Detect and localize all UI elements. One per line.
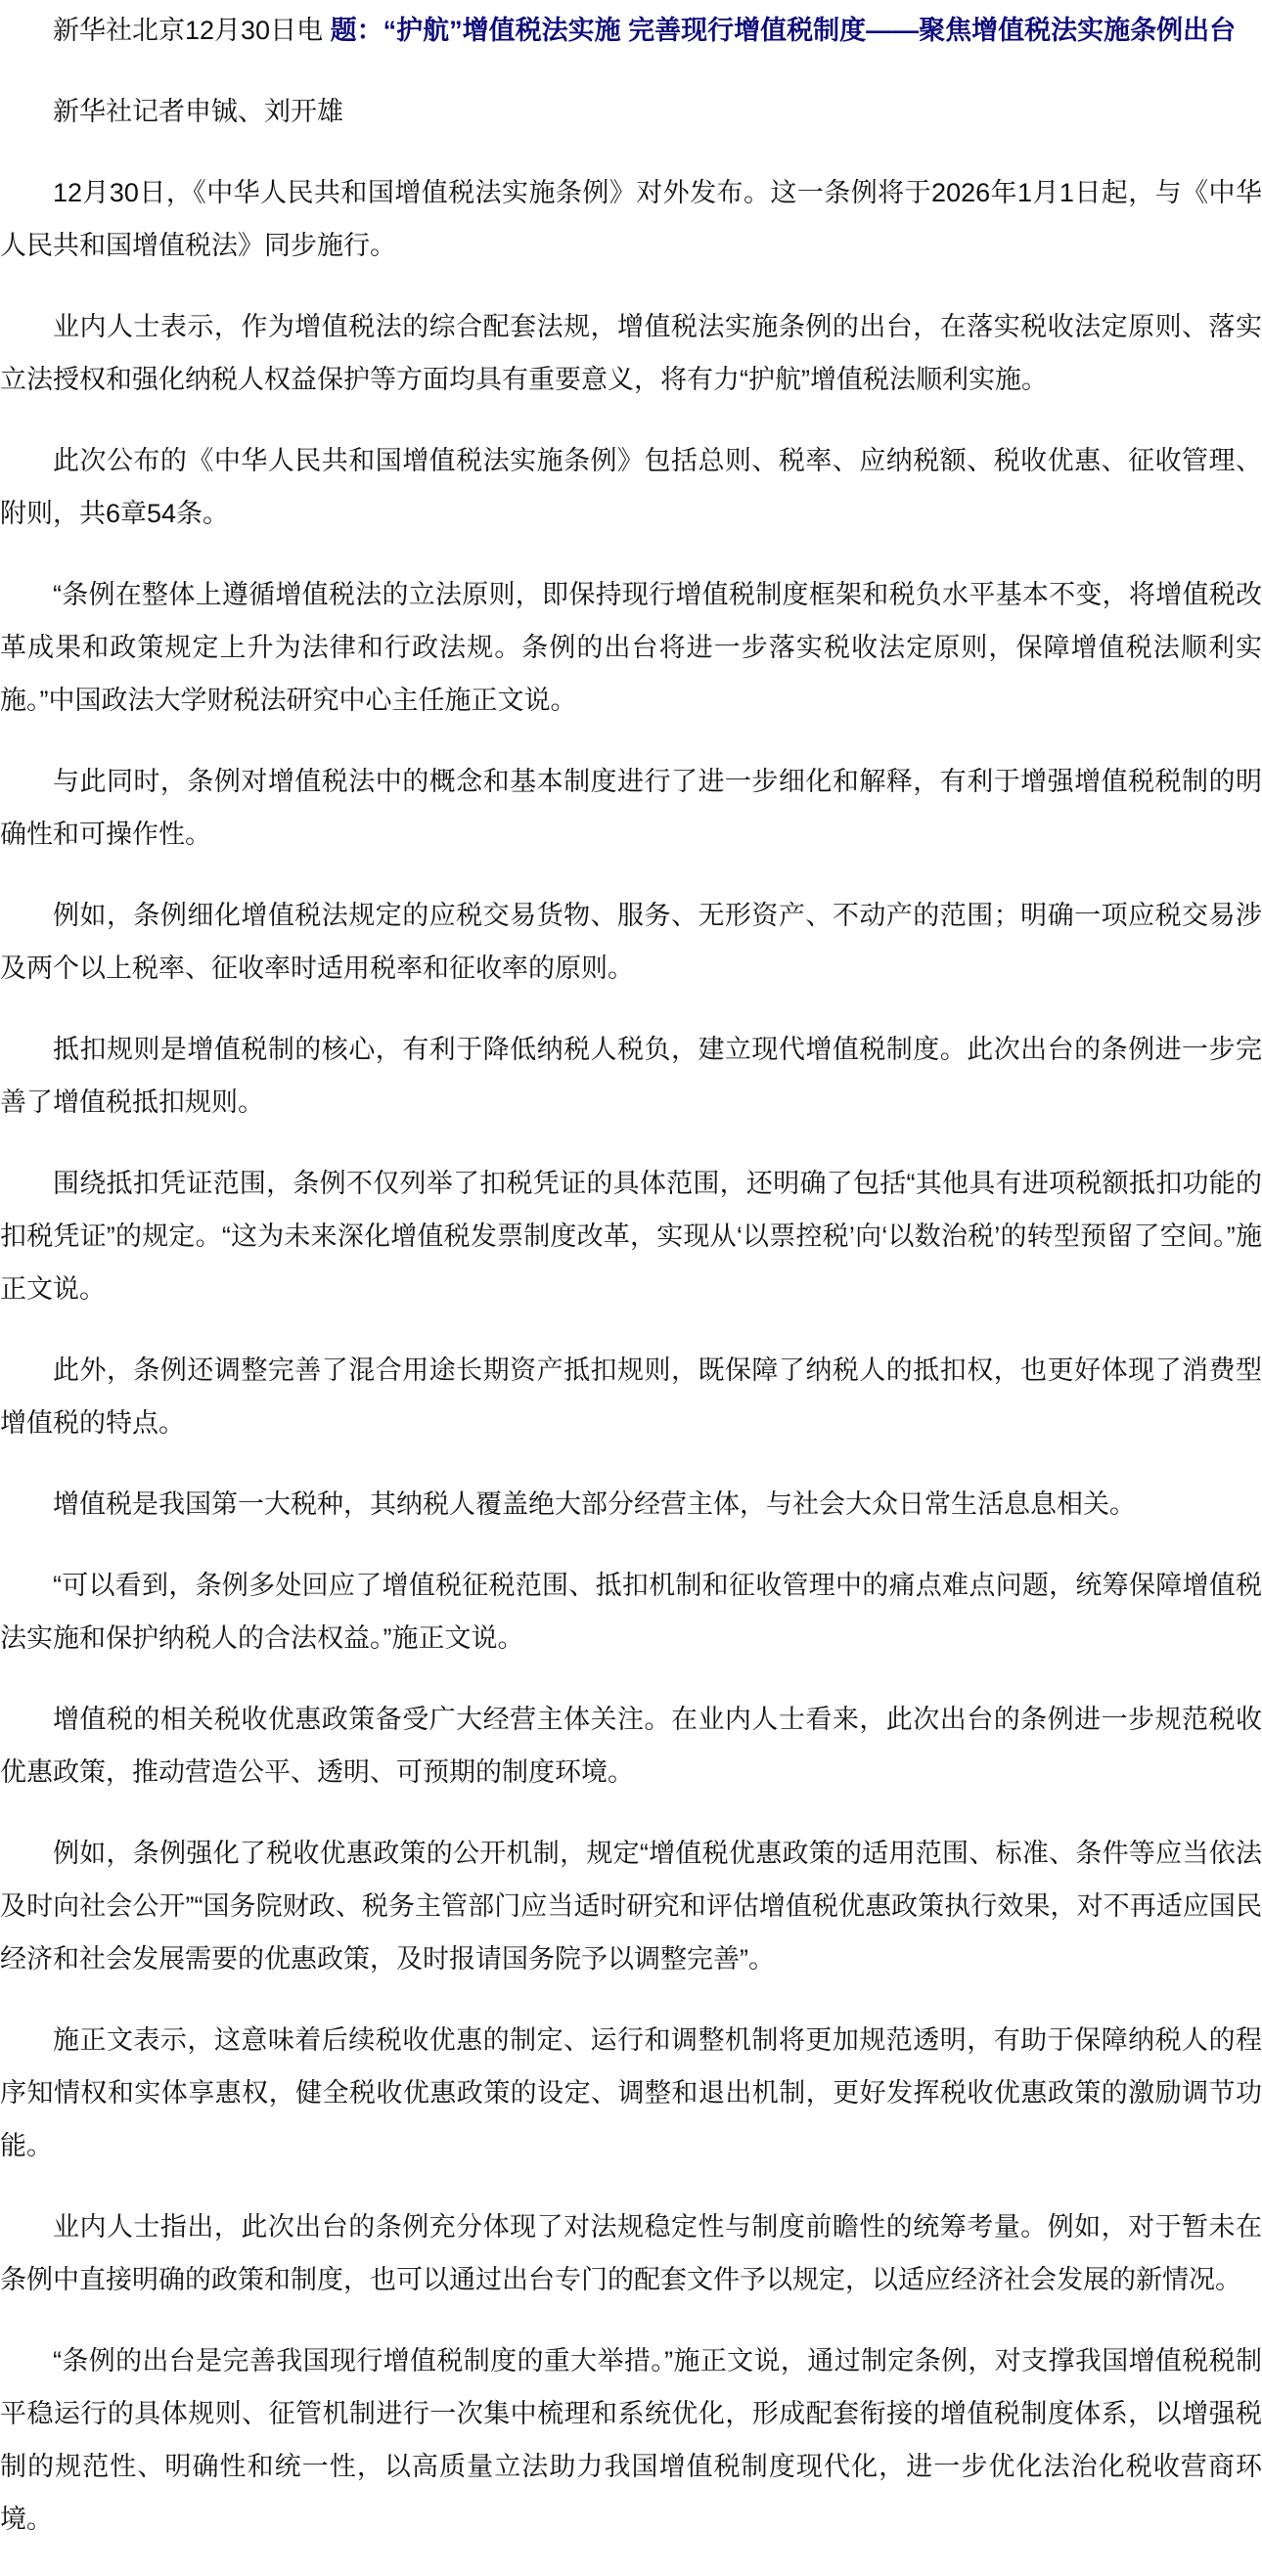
dateline: 新华社北京12月30日电	[53, 16, 323, 45]
paragraph: 业内人士指出，此次出台的条例充分体现了对法规稳定性与制度前瞻性的统筹考量。例如，…	[0, 2200, 1262, 2306]
paragraph: “条例在整体上遵循增值税法的立法原则，即保持现行增值税制度框架和税负水平基本不变…	[0, 568, 1262, 727]
paragraph: 此次公布的《中华人民共和国增值税法实施条例》包括总则、税率、应纳税额、税收优惠、…	[0, 434, 1262, 540]
paragraph: 抵扣规则是增值税制的核心，有利于降低纳税人税负，建立现代增值税制度。此次出台的条…	[0, 1023, 1262, 1129]
paragraph: 增值税是我国第一大税种，其纳税人覆盖绝大部分经营主体，与社会大众日常生活息息相关…	[0, 1478, 1262, 1531]
paragraph: “条例的出台是完善我国现行增值税制度的重大举措。”施正文说，通过制定条例，对支撑…	[0, 2334, 1262, 2546]
paragraph: “可以看到，条例多处回应了增值税征税范围、抵扣机制和征收管理中的痛点难点问题，统…	[0, 1559, 1262, 1665]
paragraph: 增值税的相关税收优惠政策备受广大经营主体关注。在业内人士看来，此次出台的条例进一…	[0, 1693, 1262, 1799]
headline: 题：“护航”增值税法实施 完善现行增值税制度——聚焦增值税法实施条例出台	[331, 16, 1237, 45]
article-body: 新华社北京12月30日电 题：“护航”增值税法实施 完善现行增值税制度——聚焦增…	[0, 0, 1262, 2546]
paragraph: 施正文表示，这意味着后续税收优惠的制定、运行和调整机制将更加规范透明，有助于保障…	[0, 2014, 1262, 2172]
paragraph: 业内人士表示，作为增值税法的综合配套法规，增值税法实施条例的出台，在落实税收法定…	[0, 300, 1262, 406]
paragraph: 与此同时，条例对增值税法中的概念和基本制度进行了进一步细化和解释，有利于增强增值…	[0, 755, 1262, 861]
paragraph: 此外，条例还调整完善了混合用途长期资产抵扣规则，既保障了纳税人的抵扣权，也更好体…	[0, 1344, 1262, 1449]
paragraph: 例如，条例细化增值税法规定的应税交易货物、服务、无形资产、不动产的范围；明确一项…	[0, 889, 1262, 995]
paragraph: 围绕抵扣凭证范围，条例不仅列举了扣税凭证的具体范围，还明确了包括“其他具有进项税…	[0, 1157, 1262, 1315]
paragraph: 例如，条例强化了税收优惠政策的公开机制，规定“增值税优惠政策的适用范围、标准、条…	[0, 1827, 1262, 1985]
dateline-paragraph: 新华社北京12月30日电 题：“护航”增值税法实施 完善现行增值税制度——聚焦增…	[0, 4, 1262, 57]
paragraph: 12月30日，《中华人民共和国增值税法实施条例》对外发布。这一条例将于2026年…	[0, 166, 1262, 272]
byline: 新华社记者申铖、刘开雄	[0, 85, 1262, 138]
